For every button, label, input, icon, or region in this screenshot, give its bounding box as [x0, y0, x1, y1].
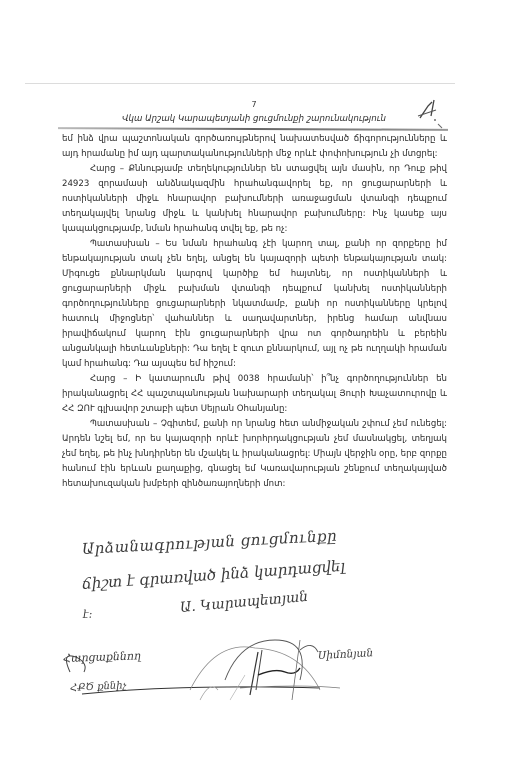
document-title: Վկա Արշակ Կարապետյանի ցուցմունքի շարունա… [0, 114, 508, 124]
handwritten-line-2: ճիշտ է գրառված ինձ կարդացվել [81, 557, 345, 593]
paragraph-question: Հարց – Ի կատարումն թիվ 0038 հրամանի՝ ի՞ն… [62, 372, 447, 417]
handwritten-interrogator-label: Հարցաքննող [63, 649, 141, 665]
title-underline [58, 127, 448, 130]
handwritten-interrogator-subtitle: ՀՔԾ քննիչ [70, 680, 127, 694]
paragraph-question: Հարց – Քննությամբ տեղեկություններ են ստա… [62, 162, 447, 237]
handwritten-signer-name: Սիմոնյան [318, 647, 374, 662]
handwritten-signature-name: Ա. Կարապետյան [179, 589, 308, 616]
page-top-rule [25, 83, 455, 84]
handwritten-line-3: է: [83, 608, 93, 621]
document-body: եմ ինձ վրա պաշտոնական գործառույթներով նա… [62, 132, 447, 492]
paragraph-answer: Պատասխան – Չգիտեմ, քանի որ նրանց հետ անմ… [62, 417, 447, 492]
paragraph-answer: Պատասխան – Ես նման հրահանգ չէի կարող տալ… [62, 237, 447, 372]
handwritten-line-1: Արձանագրության ցուցմունքը [82, 527, 338, 558]
paragraph: եմ ինձ վրա պաշտոնական գործառույթներով նա… [62, 132, 447, 162]
